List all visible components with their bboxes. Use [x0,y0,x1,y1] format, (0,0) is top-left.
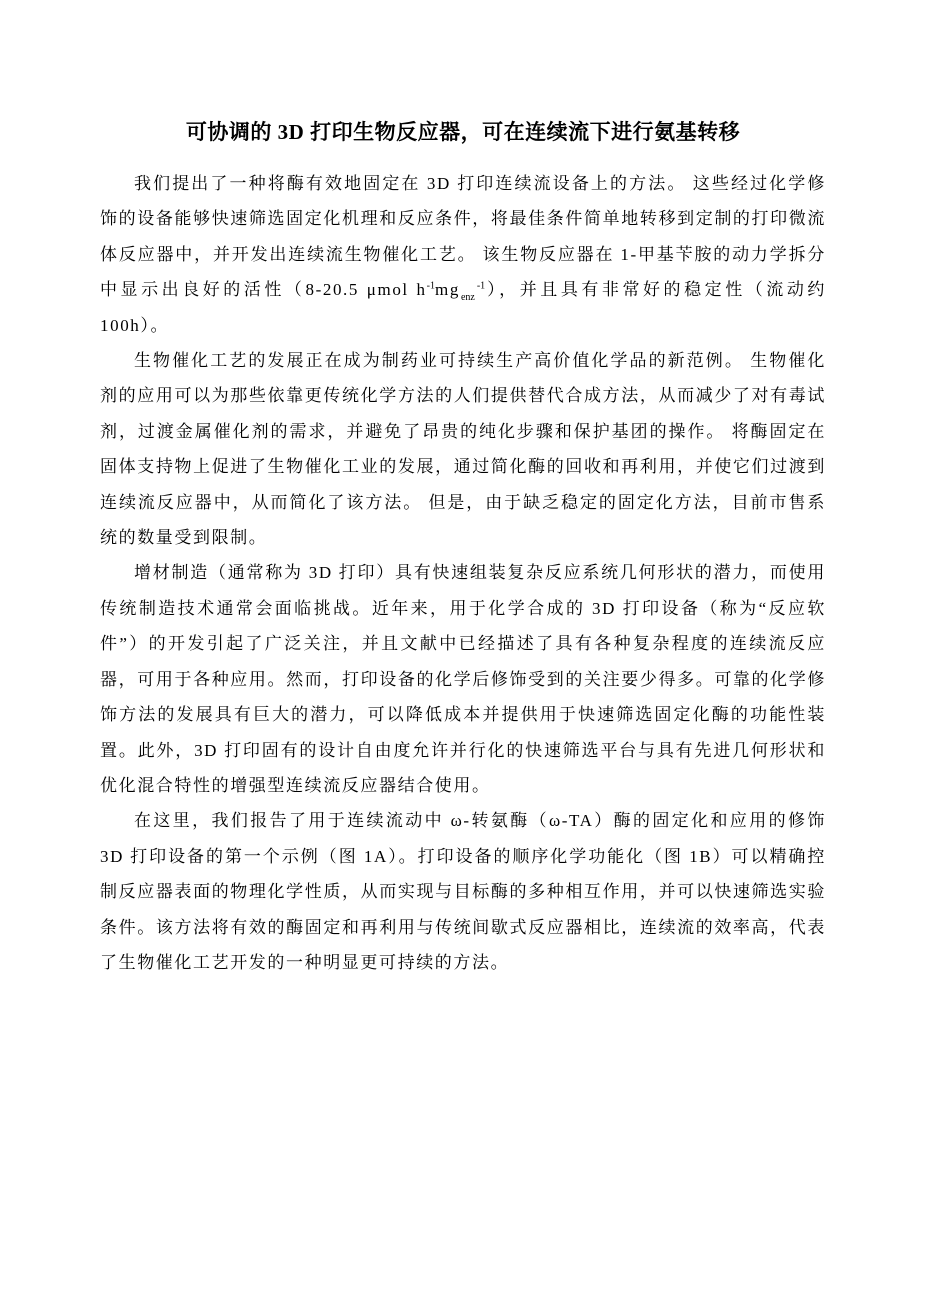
paragraph-additive-manufacturing: 增材制造（通常称为 3D 打印）具有快速组装复杂反应系统几何形状的潜力，而使用传… [100,555,826,803]
paragraph-biocatalysis: 生物催化工艺的发展正在成为制药业可持续生产高价值化学品的新范例。 生物催化剂的应… [100,343,826,555]
paragraph-report: 在这里，我们报告了用于连续流动中 ω-转氨酶（ω-TA）酶的固定化和应用的修饰 … [100,803,826,980]
subscript-enz: enz [461,292,475,303]
document-page: 可协调的 3D 打印生物反应器，可在连续流下进行氨基转移 我们提出了一种将酶有效… [0,0,926,1309]
superscript-exponent-h: -1 [427,281,435,292]
paragraph-abstract: 我们提出了一种将酶有效地固定在 3D 打印连续流设备上的方法。 这些经过化学修饰… [100,166,826,343]
superscript-exponent-mg: -1 [477,281,485,292]
paragraph-abstract-mg: mg [435,280,460,299]
document-title: 可协调的 3D 打印生物反应器，可在连续流下进行氨基转移 [100,117,826,147]
